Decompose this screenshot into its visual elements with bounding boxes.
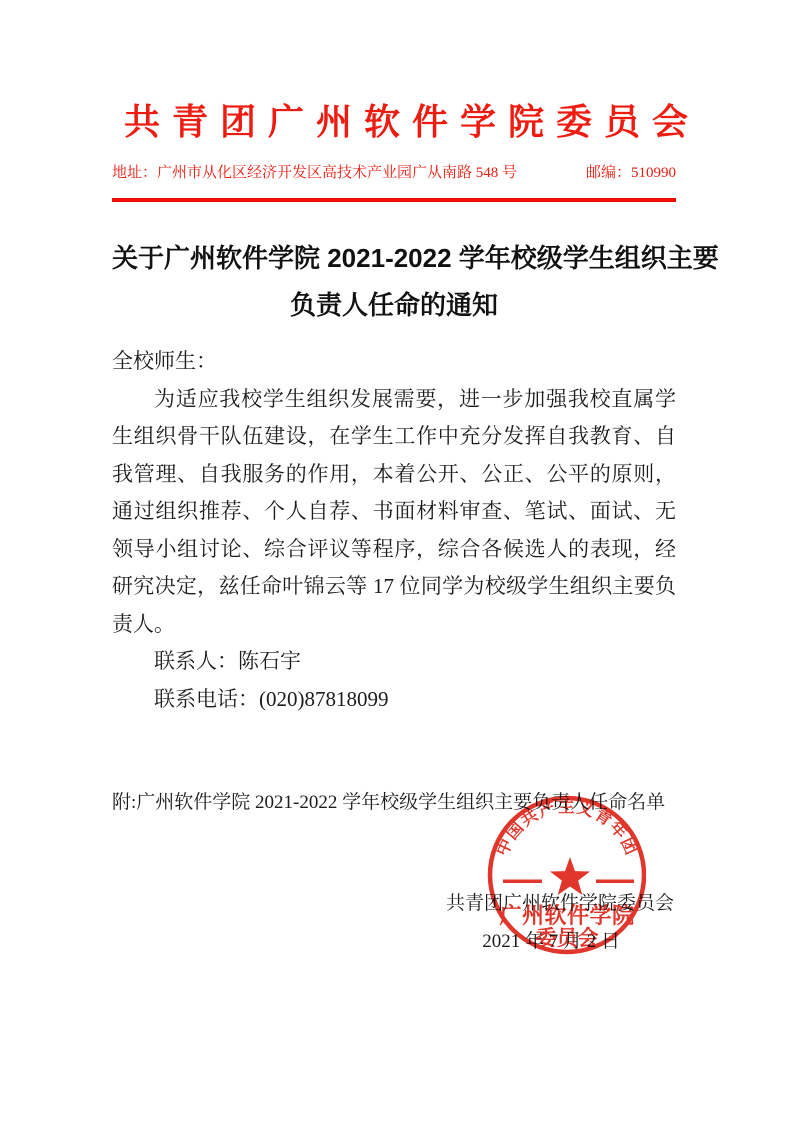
body-paragraph: 为适应我校学生组织发展需要，进一步加强我校直属学生组织骨干队伍建设，在学生工作中… <box>112 381 676 644</box>
letterhead: 共青团广州软件学院委员会 地址：广州市从化区经济开发区高技术产业园广从南路 54… <box>112 100 676 202</box>
red-divider <box>112 198 676 202</box>
contact-person-line: 联系人：陈石宇 <box>112 643 676 681</box>
contact-phone-line: 联系电话：(020)87818099 <box>112 681 676 719</box>
notice-title: 关于广州软件学院 2021-2022 学年校级学生组织主要 负责人任命的通知 <box>112 235 676 329</box>
letterhead-org-name: 共青团广州软件学院委员会 <box>112 100 676 144</box>
signature-date: 2021 年 7 月 2 日 <box>112 927 676 957</box>
letterhead-postcode: 邮编：510990 <box>586 163 676 183</box>
salutation: 全校师生： <box>112 343 676 381</box>
notice-body: 全校师生： 为适应我校学生组织发展需要，进一步加强我校直属学生组织骨干队伍建设，… <box>112 343 676 818</box>
document-page: 共青团广州软件学院委员会 地址：广州市从化区经济开发区高技术产业园广从南路 54… <box>0 0 793 1122</box>
letterhead-address-row: 地址：广州市从化区经济开发区高技术产业园广从南路 548 号 邮编：510990 <box>112 163 676 183</box>
attachment-line: 附:广州软件学院 2021-2022 学年校级学生组织主要负责人任命名单 <box>112 788 676 818</box>
letterhead-address: 地址：广州市从化区经济开发区高技术产业园广从南路 548 号 <box>112 163 517 183</box>
signature-block: 共青团广州软件学院委员会 2021 年 7 月 2 日 <box>112 889 676 957</box>
signature-org: 共青团广州软件学院委员会 <box>112 889 676 919</box>
notice-title-line2: 负责人任命的通知 <box>112 282 676 329</box>
notice-title-line1: 关于广州软件学院 2021-2022 学年校级学生组织主要 <box>112 235 676 282</box>
